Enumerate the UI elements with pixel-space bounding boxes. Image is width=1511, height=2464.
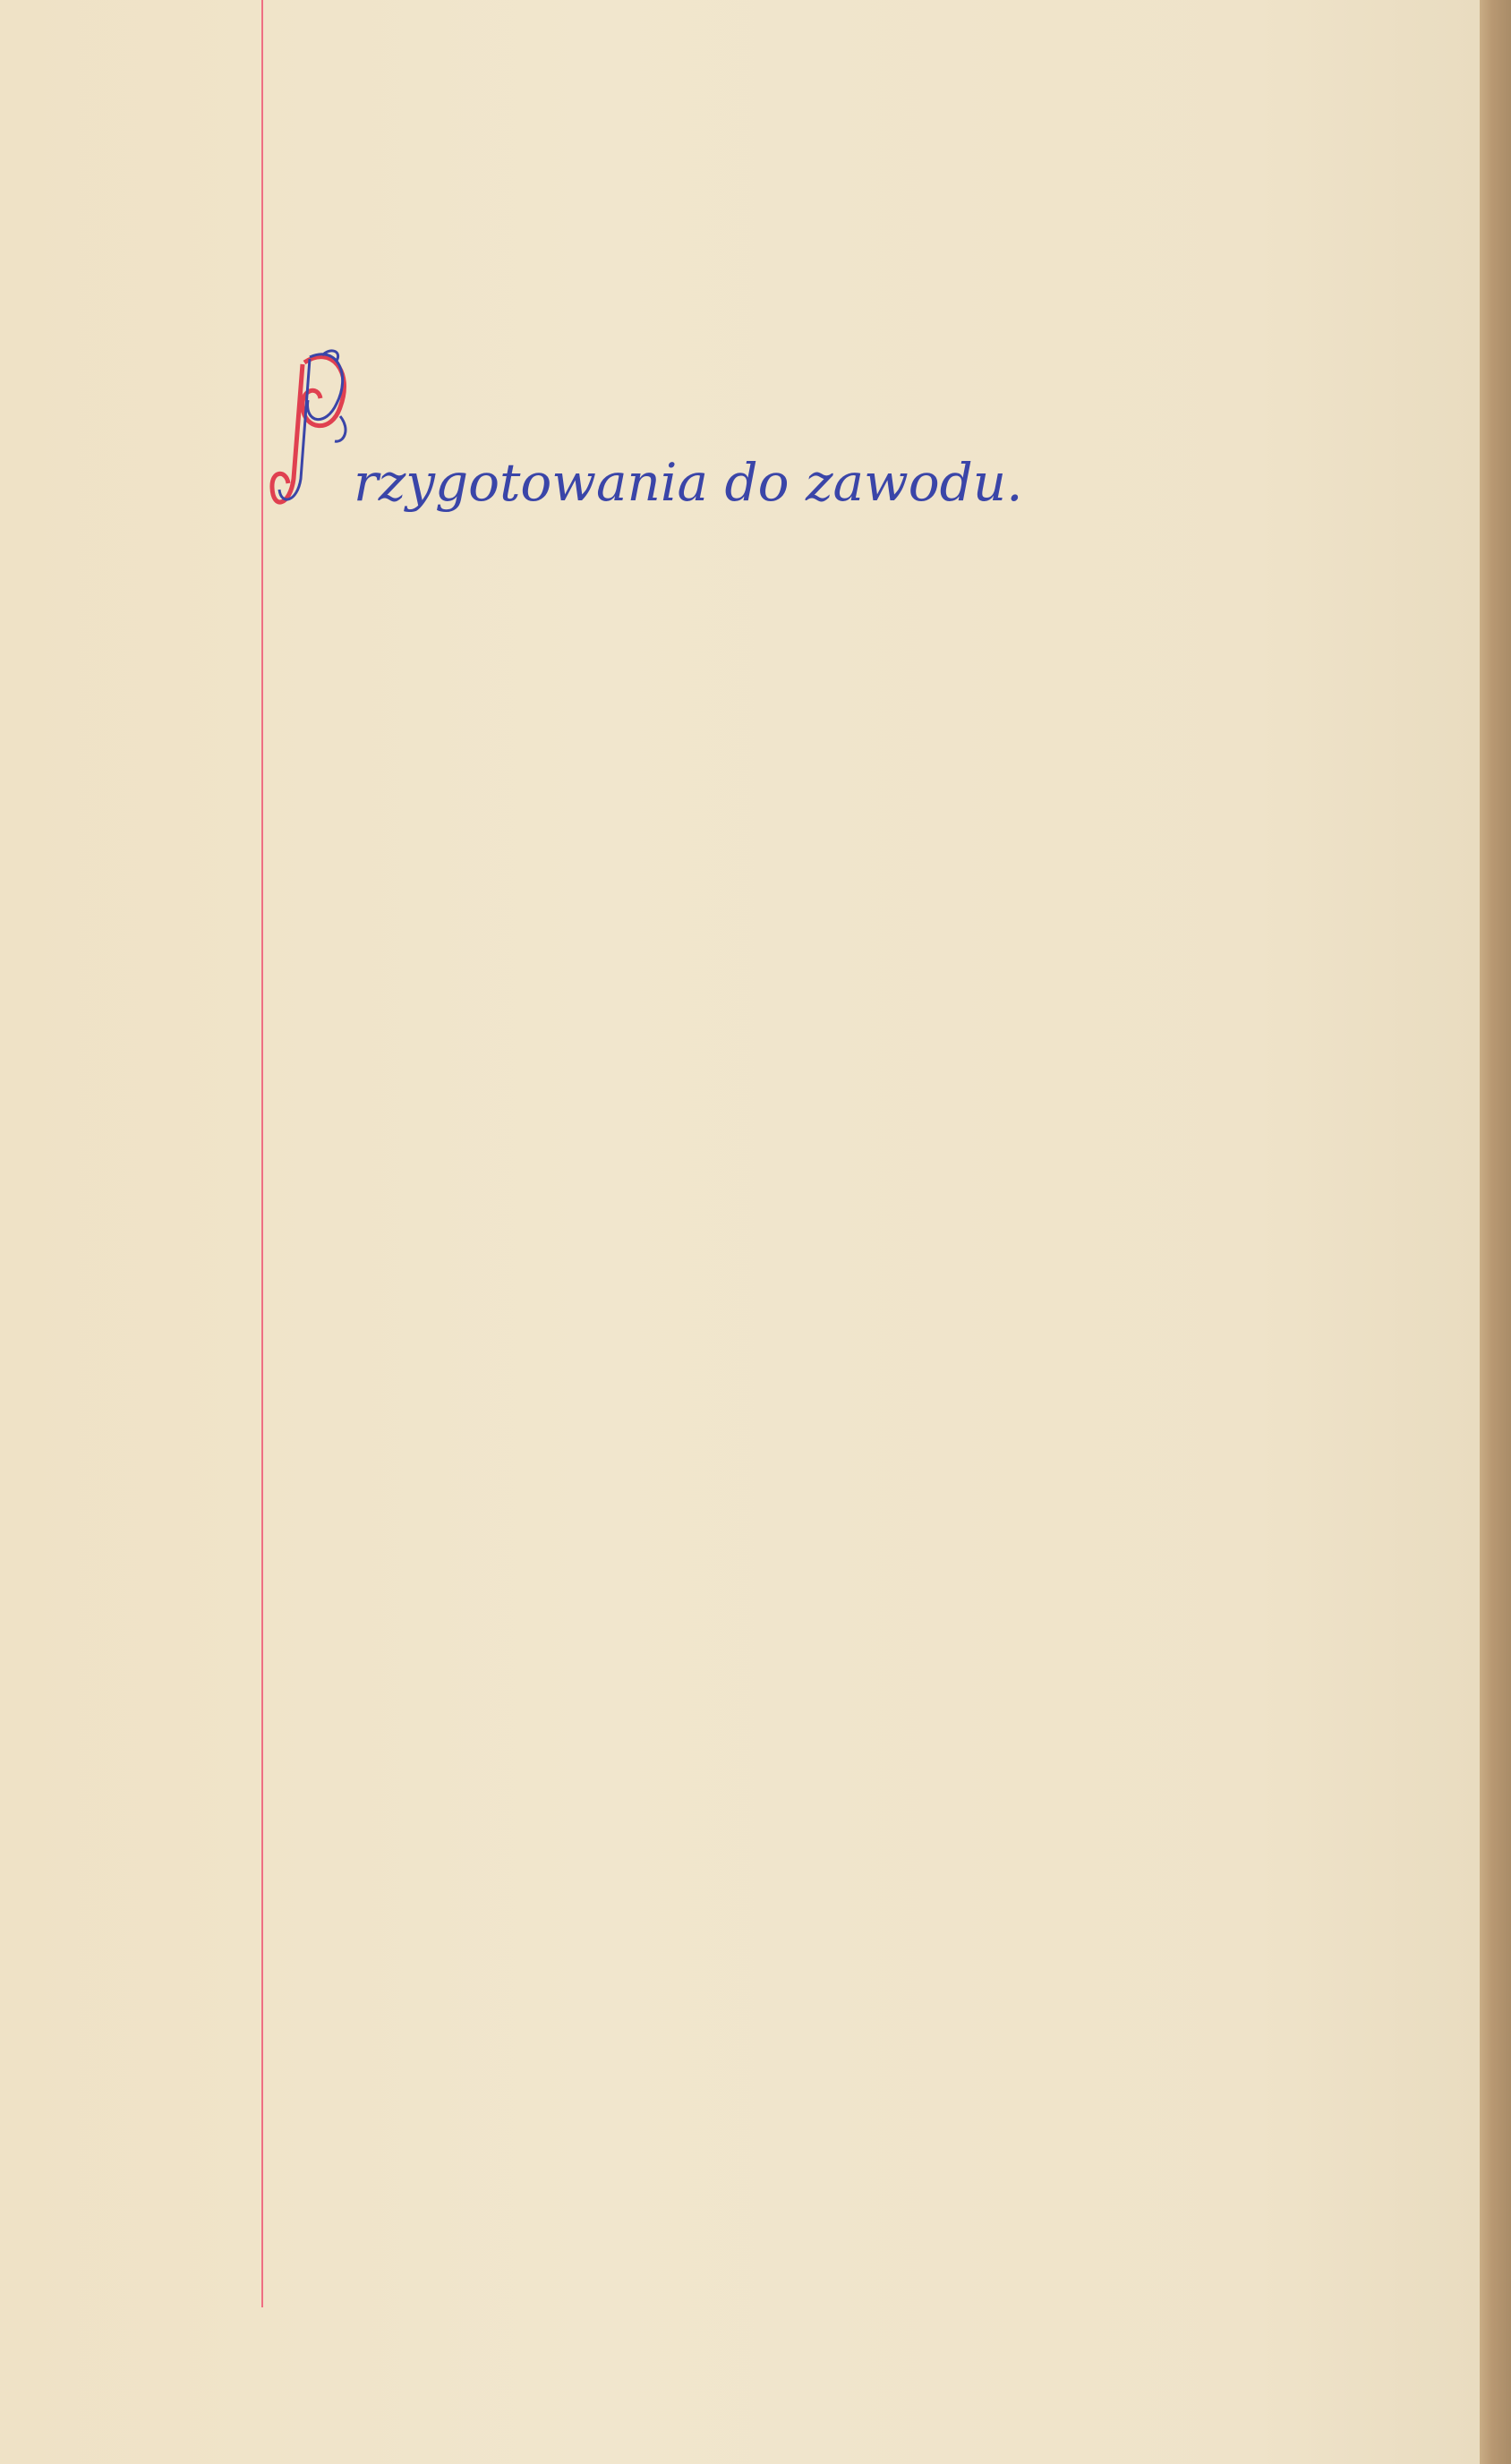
page-binding-edge	[1480, 0, 1511, 2464]
section-heading: rzygotowania do zawodu.	[354, 456, 1023, 508]
red-margin-line	[261, 0, 263, 2307]
notebook-page	[0, 0, 1480, 2464]
ornamental-drop-cap-p-icon	[269, 345, 349, 515]
